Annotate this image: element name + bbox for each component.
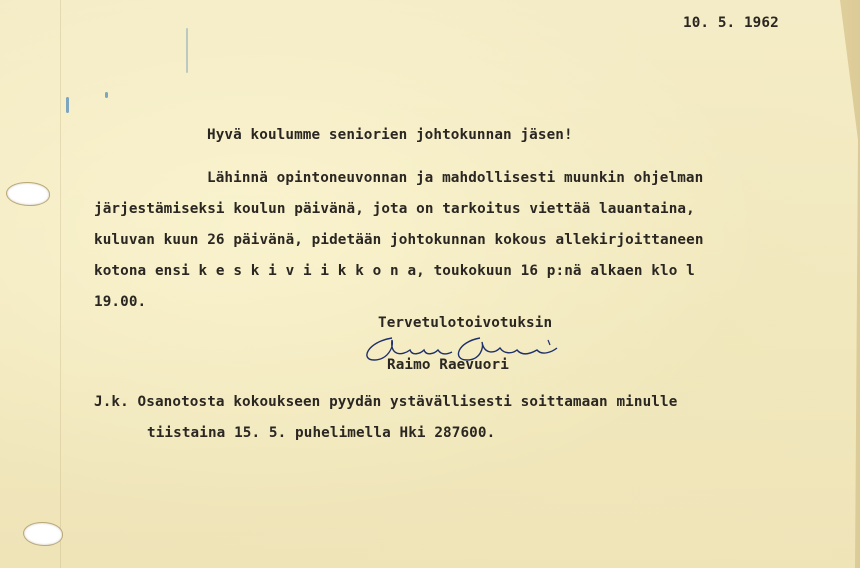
letter-paper — [0, 0, 860, 568]
ink-mark — [186, 28, 188, 73]
body-line-4: kotona ensi k e s k i v i i k k o n a, t… — [94, 263, 695, 279]
salutation: Hyvä koulumme seniorien johtokunnan jäse… — [207, 127, 573, 143]
postscript-line-1: J.k. Osanotosta kokoukseen pyydän ystävä… — [94, 394, 677, 410]
closing: Tervetulotoivotuksin — [378, 315, 552, 331]
body-line-5: 19.00. — [94, 294, 146, 310]
ink-mark — [66, 97, 69, 113]
body-line-1: Lähinnä opintoneuvonnan ja mahdollisesti… — [207, 170, 703, 186]
ink-mark — [105, 92, 108, 98]
paper-fold-line — [60, 0, 61, 568]
signature-name: Raimo Raevuori — [387, 357, 509, 373]
letter-date: 10. 5. 1962 — [683, 15, 779, 31]
body-line-2: järjestämiseksi koulun päivänä, jota on … — [94, 201, 695, 217]
postscript-line-2: tiistaina 15. 5. puhelimella Hki 287600. — [147, 425, 495, 441]
punch-hole-top — [6, 182, 50, 206]
punch-hole-bottom — [23, 522, 63, 546]
body-line-3: kuluvan kuun 26 päivänä, pidetään johtok… — [94, 232, 704, 248]
